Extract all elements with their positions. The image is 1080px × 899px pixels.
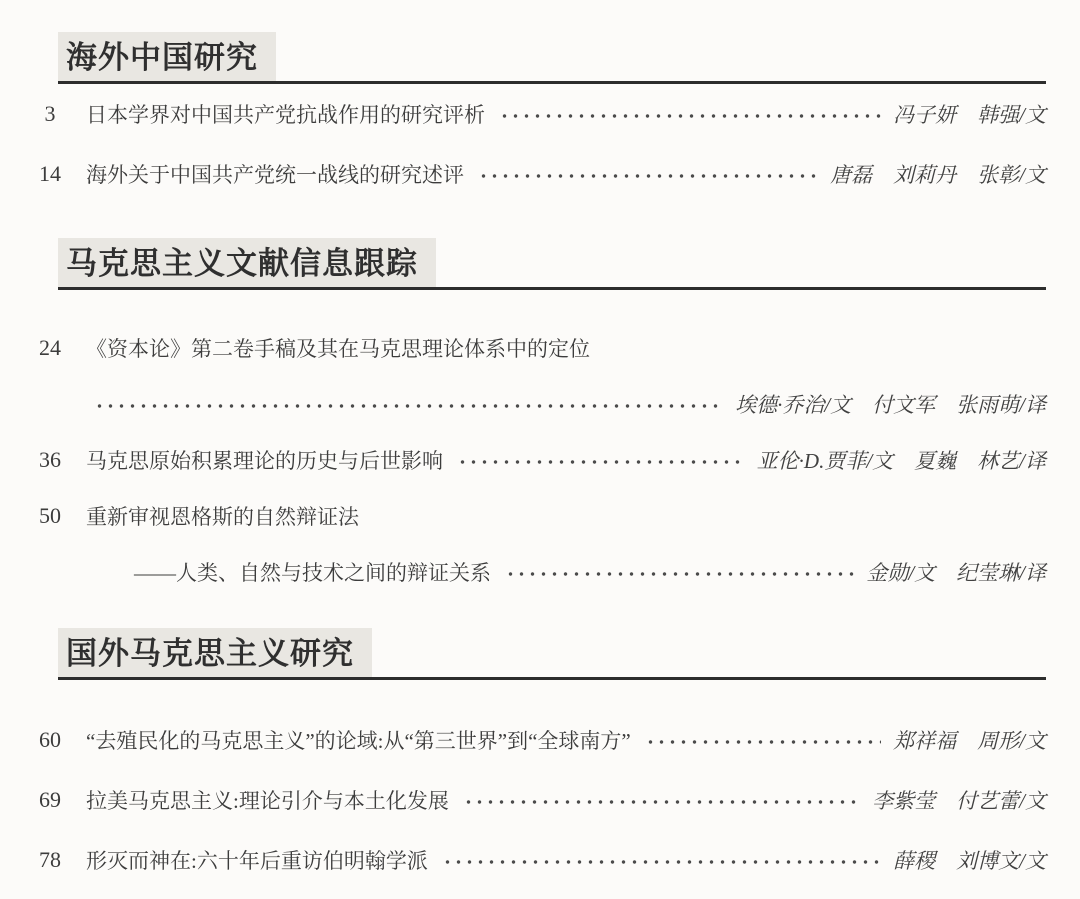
entry-title: 马克思原始积累理论的历史与后世影响 <box>86 445 443 475</box>
section-header-marxist-literature-tracking: 马克思主义文献信息跟踪 <box>58 238 1046 290</box>
entry-title: 日本学界对中国共产党抗战作用的研究评析 <box>86 99 485 129</box>
entry-page-number: 50 <box>28 503 72 529</box>
entry-subtitle: ——人类、自然与技术之间的辩证关系 <box>134 557 491 587</box>
toc-entry: 60 “去殖民化的马克思主义”的论域:从“第三世界”到“全球南方” 郑祥福 周形… <box>28 710 1046 770</box>
toc-entry: 78 形灭而神在:六十年后重访伯明翰学派 薛稷 刘博文/文 <box>28 830 1046 890</box>
section-title: 马克思主义文献信息跟踪 <box>58 238 436 287</box>
section-entries: 3 日本学界对中国共产党抗战作用的研究评析 冯子妍 韩强/文 14 海外关于中国… <box>28 84 1046 204</box>
dot-leader <box>478 170 818 182</box>
entry-page-number: 14 <box>28 161 72 187</box>
entry-title: “去殖民化的马克思主义”的论域:从“第三世界”到“全球南方” <box>86 725 631 755</box>
toc-entry-line1: 50 重新审视恩格斯的自然辩证法 <box>28 488 1046 544</box>
entry-title: 拉美马克思主义:理论引介与本土化发展 <box>86 785 449 815</box>
dot-leader <box>457 456 745 468</box>
toc-entry: 36 马克思原始积累理论的历史与后世影响 亚伦·D.贾菲/文 夏巍 林艺/译 <box>28 432 1046 488</box>
dot-leader <box>94 400 723 412</box>
journal-toc-page: 海外中国研究 3 日本学界对中国共产党抗战作用的研究评析 冯子妍 韩强/文 14… <box>0 0 1080 899</box>
dot-leader <box>463 796 860 808</box>
entry-authors: 李紫莹 付艺蕾/文 <box>872 785 1046 815</box>
entry-page-number: 3 <box>28 101 72 127</box>
section-entries: 24 《资本论》第二卷手稿及其在马克思理论体系中的定位 埃德·乔治/文 付文军 … <box>28 320 1046 600</box>
entry-page-number: 69 <box>28 787 72 813</box>
entry-title: 海外关于中国共产党统一战线的研究述评 <box>86 159 464 189</box>
section-header-foreign-marxism-studies: 国外马克思主义研究 <box>58 628 1046 680</box>
entry-page-number: 78 <box>28 847 72 873</box>
dot-leader <box>505 568 854 580</box>
entry-authors: 亚伦·D.贾菲/文 夏巍 林艺/译 <box>757 445 1046 475</box>
entry-authors: 金勋/文 纪莹琳/译 <box>866 557 1046 587</box>
entry-page-number: 60 <box>28 727 72 753</box>
entry-authors: 冯子妍 韩强/文 <box>893 99 1046 129</box>
section-header-overseas-china-studies: 海外中国研究 <box>58 32 1046 84</box>
toc-entry-line2: 埃德·乔治/文 付文军 张雨萌/译 <box>28 376 1046 432</box>
entry-title: 重新审视恩格斯的自然辩证法 <box>86 501 359 531</box>
toc-entry: 69 拉美马克思主义:理论引介与本土化发展 李紫莹 付艺蕾/文 <box>28 770 1046 830</box>
entry-authors: 唐磊 刘莉丹 张彰/文 <box>830 159 1046 189</box>
dot-leader <box>499 110 881 122</box>
entry-authors: 埃德·乔治/文 付文军 张雨萌/译 <box>735 389 1046 419</box>
section-title: 国外马克思主义研究 <box>58 628 372 677</box>
entry-authors: 薛稷 刘博文/文 <box>893 845 1046 875</box>
entry-authors: 郑祥福 周形/文 <box>893 725 1046 755</box>
entry-title: 《资本论》第二卷手稿及其在马克思理论体系中的定位 <box>86 333 590 363</box>
toc-entry: 3 日本学界对中国共产党抗战作用的研究评析 冯子妍 韩强/文 <box>28 84 1046 144</box>
toc-entry-line1: 24 《资本论》第二卷手稿及其在马克思理论体系中的定位 <box>28 320 1046 376</box>
toc-entry-line2: ——人类、自然与技术之间的辩证关系 金勋/文 纪莹琳/译 <box>28 544 1046 600</box>
entry-page-number: 36 <box>28 447 72 473</box>
entry-page-number: 24 <box>28 335 72 361</box>
section-entries: 60 “去殖民化的马克思主义”的论域:从“第三世界”到“全球南方” 郑祥福 周形… <box>28 710 1046 890</box>
dot-leader <box>442 856 881 868</box>
entry-title: 形灭而神在:六十年后重访伯明翰学派 <box>86 845 428 875</box>
section-title: 海外中国研究 <box>58 32 276 81</box>
dot-leader <box>645 736 881 748</box>
toc-entry: 14 海外关于中国共产党统一战线的研究述评 唐磊 刘莉丹 张彰/文 <box>28 144 1046 204</box>
